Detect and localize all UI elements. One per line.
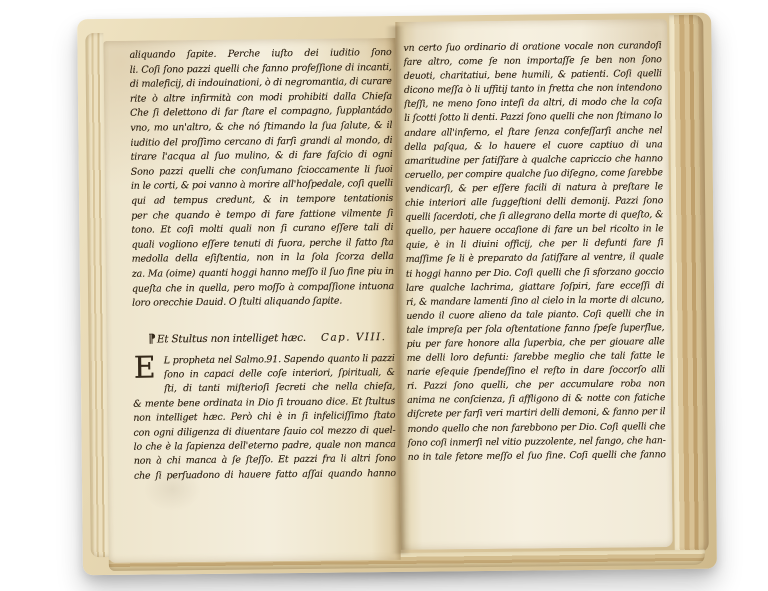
chapter-paragraph-lines: L propheta nel Salmo.91. Sapendo quanto … <box>133 352 396 484</box>
text-line: queſta che in quella, pero moſſo à compa… <box>132 279 394 296</box>
right-page: vn certo ſuo ordinario di oratione vocal… <box>395 19 673 550</box>
capitulum-icon: ¶ <box>148 331 156 345</box>
text-line: che ſi perſuadono di hauere fatto aſſai … <box>134 467 396 484</box>
text-line: loro orecchie Dauid. O ſtulti aliquando … <box>132 294 394 311</box>
chapter-number: Cap. VIII. <box>321 331 393 344</box>
right-paragraph: vn certo ſuo ordinario di oratione vocal… <box>403 39 665 464</box>
text-line: no in tale fetore meſſo el ſuo fine. Coſ… <box>408 448 666 465</box>
page-edges-right <box>669 15 709 553</box>
chapter-heading-latin: Et Stultus non intelliget hæc. <box>157 332 306 346</box>
drop-cap: E <box>134 354 159 383</box>
right-page-text: vn certo ſuo ordinario di oratione vocal… <box>403 39 665 464</box>
left-paragraph: aliquando ſapite. Perche iuſto dei iudit… <box>129 46 394 311</box>
chapter-heading: ¶ Et Stultus non intelliget hæc. Cap. VI… <box>148 329 392 346</box>
photo-background: aliquando ſapite. Perche iuſto dei iudit… <box>0 0 768 591</box>
chapter-paragraph: E L propheta nel Salmo.91. Sapendo quant… <box>133 352 396 484</box>
left-page: aliquando ſapite. Perche iuſto dei iudit… <box>103 38 400 563</box>
antique-book: aliquando ſapite. Perche iuſto dei iudit… <box>81 11 701 565</box>
left-page-text: aliquando ſapite. Perche iuſto dei iudit… <box>129 46 396 484</box>
